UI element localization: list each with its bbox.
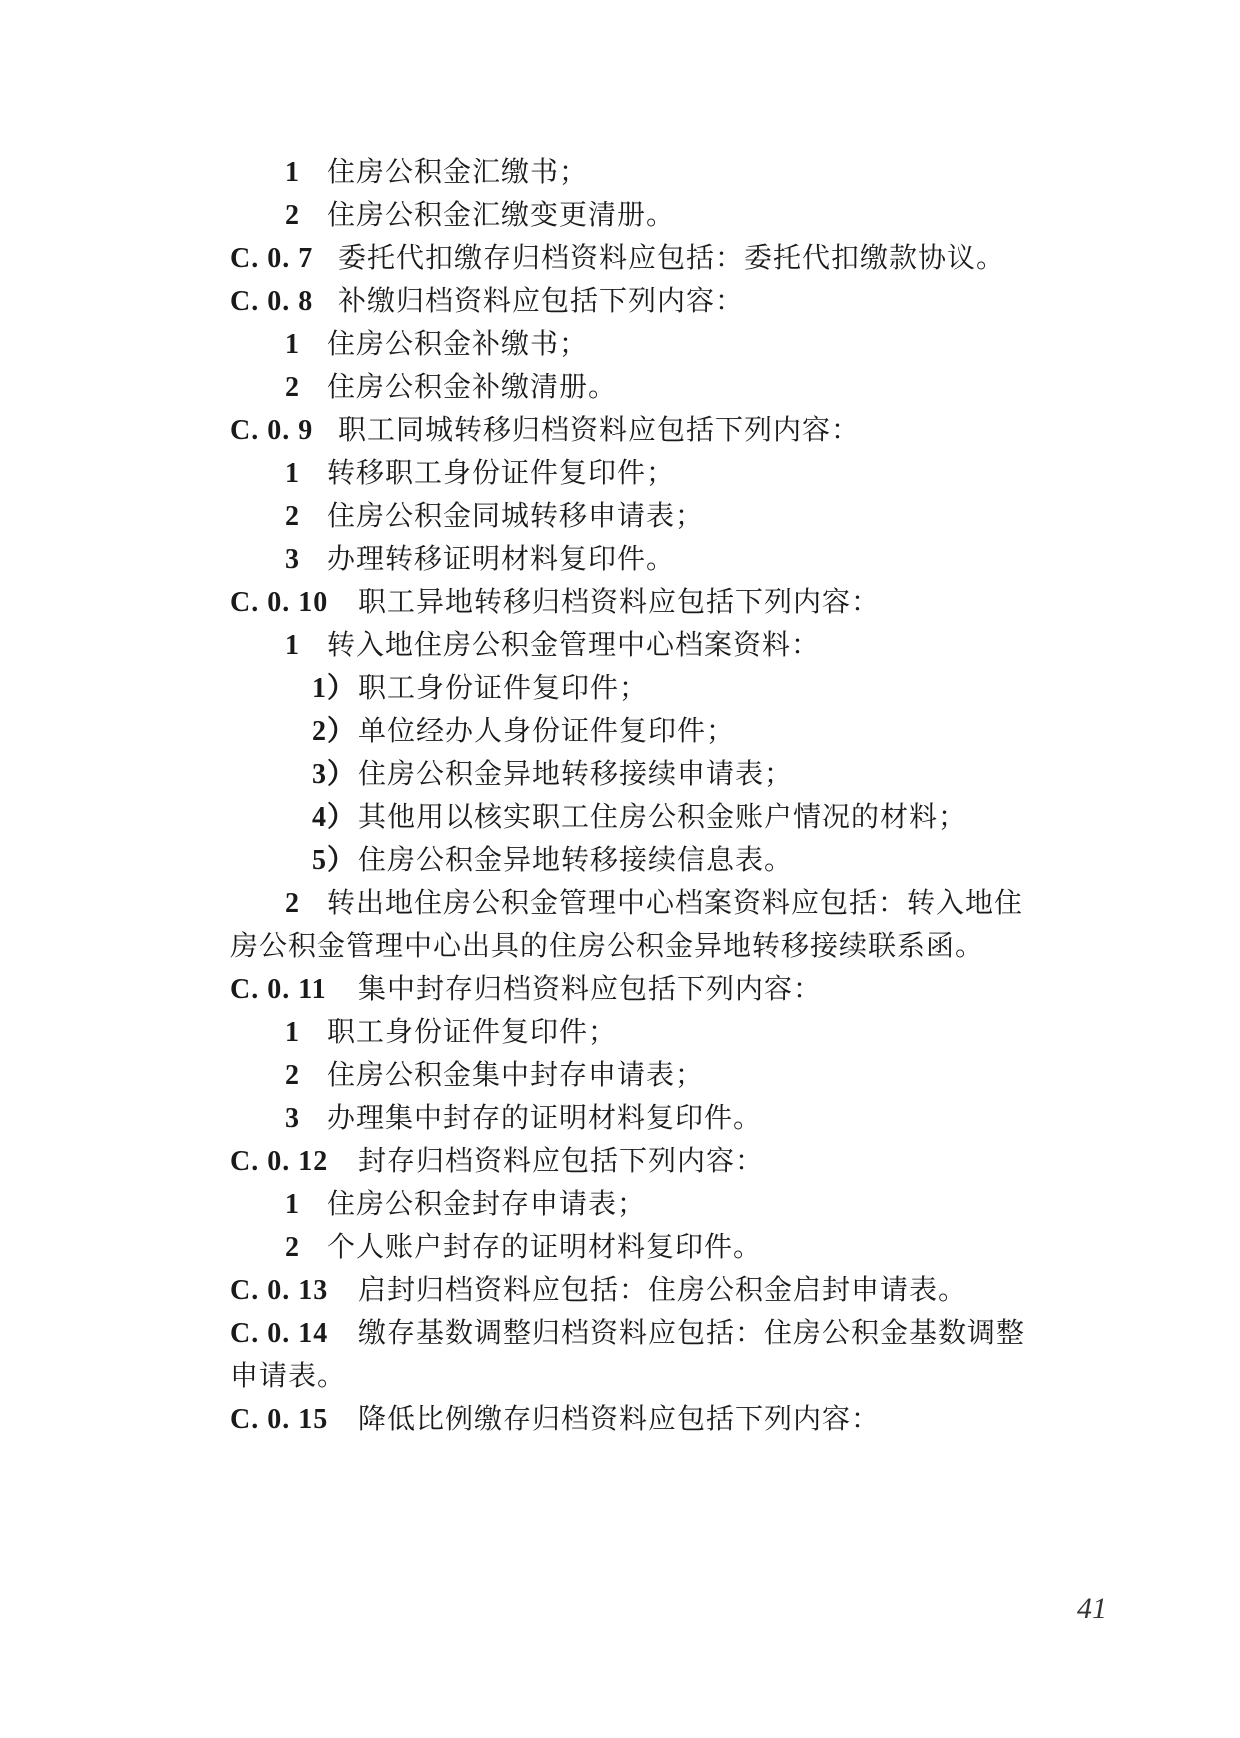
sub-item-number: 4） [312, 798, 356, 838]
clause-number: C. 0. 13 [230, 1271, 358, 1311]
item-text: 个人账户封存的证明材料复印件。 [327, 1230, 762, 1263]
list-item: 3办理转移证明材料复印件。 [285, 539, 675, 580]
item-text: 住房公积金封存申请表； [327, 1187, 646, 1220]
sub-item: 4）其他用以核实职工住房公积金账户情况的材料； [312, 797, 967, 838]
clause-c-0-10: C. 0. 10职工异地转移归档资料应包括下列内容： [230, 582, 880, 623]
item-number: 1 [285, 454, 327, 494]
item-number: 1 [285, 1185, 327, 1225]
sub-item-number: 1） [312, 669, 356, 709]
clause-number: C. 0. 12 [230, 1142, 358, 1182]
sub-item-text: 其他用以核实职工住房公积金账户情况的材料； [358, 800, 967, 833]
clause-c-0-9: C. 0. 9职工同城转移归档资料应包括下列内容： [230, 410, 860, 451]
clause-c-0-7: C. 0. 7委托代扣缴存归档资料应包括：委托代扣缴款协议。 [230, 238, 1005, 279]
list-item: 2住房公积金同城转移申请表； [285, 496, 704, 537]
item-number: 2 [285, 1056, 327, 1096]
sub-item-number: 5） [312, 841, 356, 881]
item-text: 房公积金管理中心出具的住房公积金异地转移接续联系函。 [230, 929, 984, 962]
list-item: 1住房公积金汇缴书； [285, 152, 588, 193]
clause-c-0-11: C. 0. 11集中封存归档资料应包括下列内容： [230, 969, 822, 1010]
clause-text: 封存归档资料应包括下列内容： [358, 1144, 764, 1177]
clause-number: C. 0. 7 [230, 239, 338, 279]
sub-item-number: 3） [312, 755, 356, 795]
item-number: 1 [285, 626, 327, 666]
item-text: 住房公积金汇缴书； [327, 155, 588, 188]
list-item: 1住房公积金封存申请表； [285, 1184, 646, 1225]
clause-c-0-13: C. 0. 13启封归档资料应包括：住房公积金启封申请表。 [230, 1270, 967, 1311]
clause-c-0-8: C. 0. 8补缴归档资料应包括下列内容： [230, 281, 744, 322]
item-number: 3 [285, 540, 327, 580]
sub-item: 5）住房公积金异地转移接续信息表。 [312, 840, 793, 881]
clause-number: C. 0. 10 [230, 583, 358, 623]
item-text: 住房公积金补缴书； [327, 327, 588, 360]
item-number: 1 [285, 153, 327, 193]
list-item: 2个人账户封存的证明材料复印件。 [285, 1227, 762, 1268]
clause-c-0-15: C. 0. 15降低比例缴存归档资料应包括下列内容： [230, 1399, 880, 1440]
sub-item: 2）单位经办人身份证件复印件； [312, 711, 735, 752]
list-item: 1住房公积金补缴书； [285, 324, 588, 365]
item-text: 住房公积金集中封存申请表； [327, 1058, 704, 1091]
item-number: 3 [285, 1099, 327, 1139]
clause-text: 委托代扣缴存归档资料应包括：委托代扣缴款协议。 [338, 241, 1005, 274]
item-text: 住房公积金补缴清册。 [327, 370, 617, 403]
clause-number: C. 0. 8 [230, 282, 338, 322]
item-text: 住房公积金汇缴变更清册。 [327, 198, 675, 231]
sub-item-text: 住房公积金异地转移接续申请表； [358, 757, 793, 790]
clause-c-0-12: C. 0. 12封存归档资料应包括下列内容： [230, 1141, 764, 1182]
sub-item-number: 2） [312, 712, 356, 752]
clause-text: 缴存基数调整归档资料应包括：住房公积金基数调整 [358, 1316, 1025, 1349]
item-number: 1 [285, 1013, 327, 1053]
item-number: 2 [285, 497, 327, 537]
clause-text: 集中封存归档资料应包括下列内容： [358, 972, 822, 1005]
clause-text: 启封归档资料应包括：住房公积金启封申请表。 [358, 1273, 967, 1306]
item-number: 2 [285, 1228, 327, 1268]
item-text: 办理集中封存的证明材料复印件。 [327, 1101, 762, 1134]
page-number: 41 [1077, 1592, 1107, 1626]
clause-c-0-14: C. 0. 14缴存基数调整归档资料应包括：住房公积金基数调整 [230, 1313, 1025, 1354]
item-text: 住房公积金同城转移申请表； [327, 499, 704, 532]
clause-text: 职工同城转移归档资料应包括下列内容： [338, 413, 860, 446]
sub-item-text: 职工身份证件复印件； [358, 671, 648, 704]
list-item: 2住房公积金集中封存申请表； [285, 1055, 704, 1096]
clause-text: 申请表。 [230, 1359, 346, 1392]
item-number: 2 [285, 884, 327, 924]
item-text: 转入地住房公积金管理中心档案资料： [327, 628, 820, 661]
clause-number: C. 0. 9 [230, 411, 338, 451]
item-text: 办理转移证明材料复印件。 [327, 542, 675, 575]
item-number: 1 [285, 325, 327, 365]
list-item: 1转移职工身份证件复印件； [285, 453, 675, 494]
sub-item: 1）职工身份证件复印件； [312, 668, 648, 709]
list-item: 1职工身份证件复印件； [285, 1012, 617, 1053]
clause-number: C. 0. 11 [230, 970, 358, 1010]
list-item: 2住房公积金汇缴变更清册。 [285, 195, 675, 236]
list-item: 1转入地住房公积金管理中心档案资料： [285, 625, 820, 666]
sub-item: 3）住房公积金异地转移接续申请表； [312, 754, 793, 795]
sub-item-text: 住房公积金异地转移接续信息表。 [358, 843, 793, 876]
list-item: 2住房公积金补缴清册。 [285, 367, 617, 408]
clause-number: C. 0. 15 [230, 1400, 358, 1440]
item-text: 转出地住房公积金管理中心档案资料应包括：转入地住 [327, 886, 1023, 919]
clause-text: 职工异地转移归档资料应包括下列内容： [358, 585, 880, 618]
sub-item-text: 单位经办人身份证件复印件； [358, 714, 735, 747]
item-number: 2 [285, 368, 327, 408]
item-text: 职工身份证件复印件； [327, 1015, 617, 1048]
clause-continuation: 申请表。 [230, 1356, 346, 1396]
list-item: 3办理集中封存的证明材料复印件。 [285, 1098, 762, 1139]
list-item-continuation: 房公积金管理中心出具的住房公积金异地转移接续联系函。 [230, 926, 984, 966]
clause-text: 补缴归档资料应包括下列内容： [338, 284, 744, 317]
clause-text: 降低比例缴存归档资料应包括下列内容： [358, 1402, 880, 1435]
list-item: 2转出地住房公积金管理中心档案资料应包括：转入地住 [285, 883, 1023, 924]
document-page: 1住房公积金汇缴书； 2住房公积金汇缴变更清册。 C. 0. 7委托代扣缴存归档… [0, 0, 1240, 1738]
clause-number: C. 0. 14 [230, 1314, 358, 1354]
item-text: 转移职工身份证件复印件； [327, 456, 675, 489]
item-number: 2 [285, 196, 327, 236]
